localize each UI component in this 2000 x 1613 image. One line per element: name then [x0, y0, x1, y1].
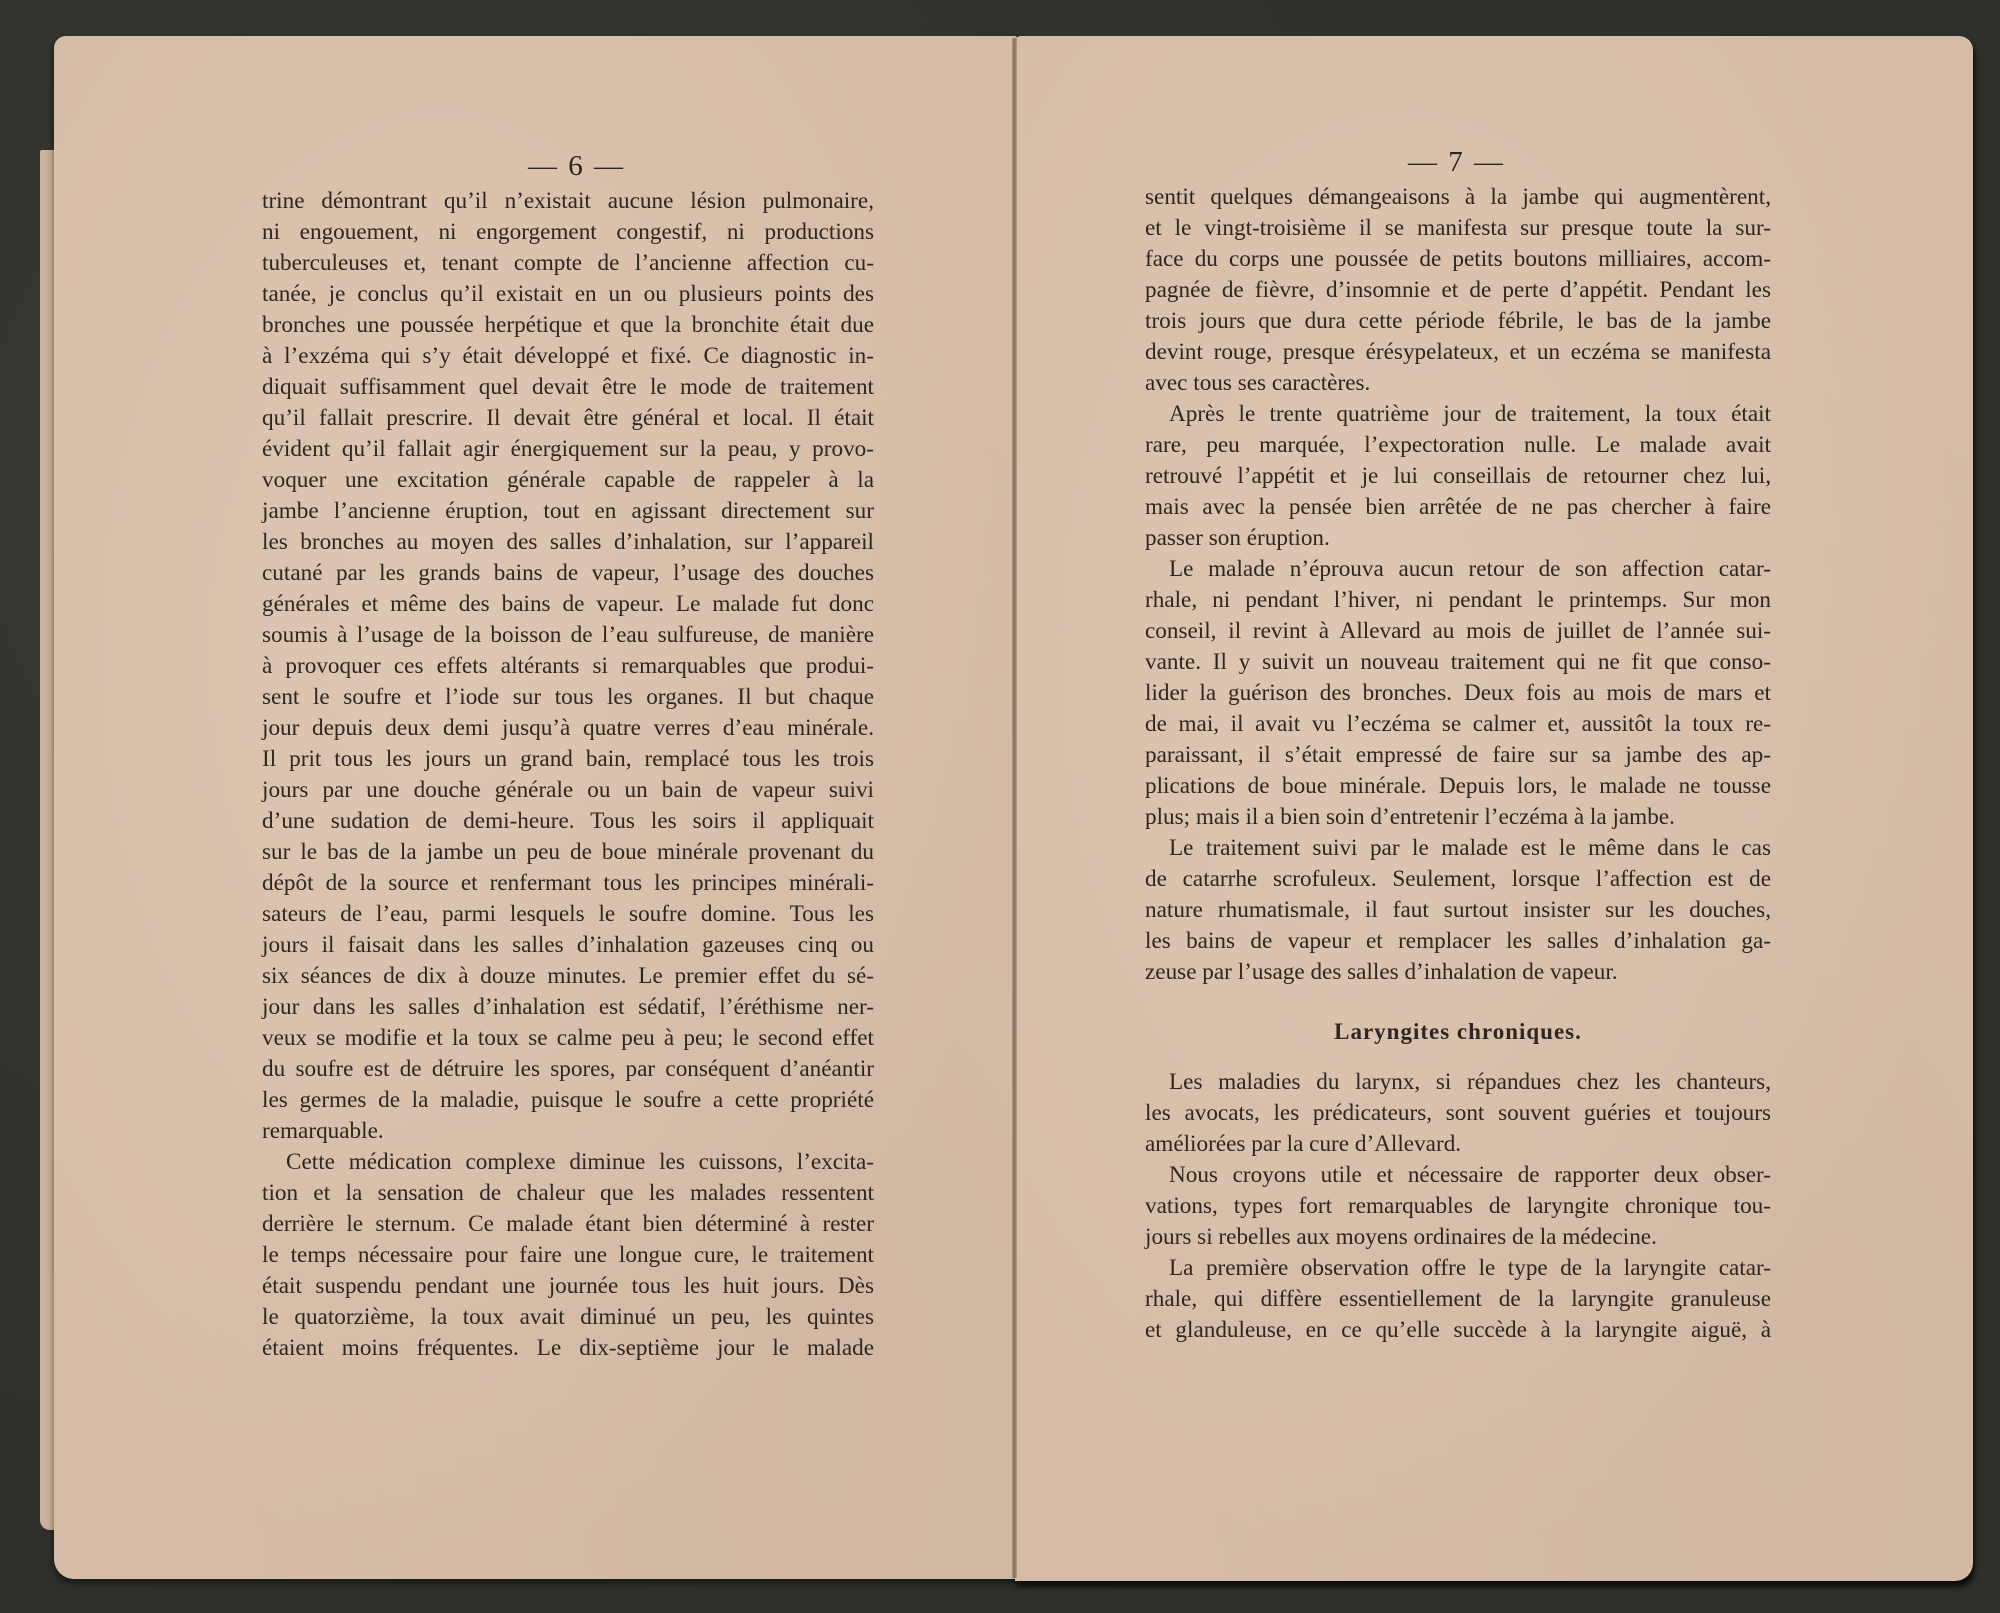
text-line: Le traitement suivi par le malade est le…: [1145, 833, 1771, 864]
text-line: cutané par les grands bains de vapeur, l…: [262, 558, 874, 589]
text-line: La première observation offre le type de…: [1145, 1253, 1771, 1284]
text-line: ni engouement, ni engorgement congestif,…: [262, 217, 874, 248]
text-line: rhale, qui diffère essentiellement de la…: [1145, 1284, 1771, 1315]
text-line: devint rouge, presque érésypelateux, et …: [1145, 337, 1771, 368]
text-line: paraissant, il s’était empressé de faire…: [1145, 740, 1771, 771]
page-number-left: — 6 —: [528, 150, 625, 183]
text-line: six séances de dix à douze minutes. Le p…: [262, 961, 874, 992]
text-line: face du corps une poussée de petits bout…: [1145, 244, 1771, 275]
text-line: du soufre est de détruire les spores, pa…: [262, 1054, 874, 1085]
text-line: Les maladies du larynx, si répandues che…: [1145, 1067, 1771, 1098]
text-line: vations, types fort remarquables de lary…: [1145, 1191, 1771, 1222]
text-line: le temps nécessaire pour faire une longu…: [262, 1240, 874, 1271]
text-line: de catarrhe scrofuleux. Seulement, lorsq…: [1145, 864, 1771, 895]
text-line: passer son éruption.: [1145, 523, 1771, 554]
text-line: plications de boue minérale. Depuis lors…: [1145, 771, 1771, 802]
text-line: tanée, je conclus qu’il existait en un o…: [262, 279, 874, 310]
text-line: lider la guérison des bronches. Deux foi…: [1145, 678, 1771, 709]
text-line: jambe l’ancienne éruption, tout en agiss…: [262, 496, 874, 527]
text-line: nature rhumatismale, il faut surtout ins…: [1145, 895, 1771, 926]
text-line: Après le trente quatrième jour de traite…: [1145, 399, 1771, 430]
text-line: retrouvé l’appétit et je lui conseillais…: [1145, 461, 1771, 492]
text-line: générales et même des bains de vapeur. L…: [262, 589, 874, 620]
text-line: étaient moins fréquentes. Le dix-septièm…: [262, 1333, 874, 1364]
text-line: jours si rebelles aux moyens ordinaires …: [1145, 1222, 1771, 1253]
text-line: à provoquer ces effets altérants si rema…: [262, 651, 874, 682]
text-line: à l’exzéma qui s’y était développé et fi…: [262, 341, 874, 372]
text-line: remarquable.: [262, 1116, 874, 1147]
text-line: d’une sudation de demi-heure. Tous les s…: [262, 806, 874, 837]
text-line: jours il faisait dans les salles d’inhal…: [262, 930, 874, 961]
text-line: soumis à l’usage de la boisson de l’eau …: [262, 620, 874, 651]
text-line: dépôt de la source et renfermant tous le…: [262, 868, 874, 899]
text-line: jour dans les salles d’inhalation est sé…: [262, 992, 874, 1023]
text-line: voquer une excitation générale capable d…: [262, 465, 874, 496]
text-line: diquait suffisamment quel devait être le…: [262, 372, 874, 403]
text-line: de mai, il avait vu l’eczéma se calmer e…: [1145, 709, 1771, 740]
text-line: améliorées par la cure d’Allevard.: [1145, 1129, 1771, 1160]
text-line: jour depuis deux demi jusqu’à quatre ver…: [262, 713, 874, 744]
text-line: et glanduleuse, en ce qu’elle succède à …: [1145, 1315, 1771, 1346]
text-line: bronches une poussée herpétique et que l…: [262, 310, 874, 341]
text-line: sent le soufre et l’iode sur tous les or…: [262, 682, 874, 713]
text-line: zeuse par l’usage des salles d’inhalatio…: [1145, 957, 1771, 988]
text-line: sateurs de l’eau, parmi lesquels le souf…: [262, 899, 874, 930]
text-line: Le malade n’éprouva aucun retour de son …: [1145, 554, 1771, 585]
text-line: plus; mais il a bien soin d’entretenir l…: [1145, 802, 1771, 833]
right-page-text: sentit quelques démangeaisons à la jambe…: [1145, 182, 1771, 1346]
text-line: trine démontrant qu’il n’existait aucune…: [262, 186, 874, 217]
text-line: derrière le sternum. Ce malade étant bie…: [262, 1209, 874, 1240]
text-line: sentit quelques démangeaisons à la jambe…: [1145, 182, 1771, 213]
text-line: les bains de vapeur et remplacer les sal…: [1145, 926, 1771, 957]
text-line: Cette médication complexe diminue les cu…: [262, 1147, 874, 1178]
text-line: pagnée de fièvre, d’insomnie et de perte…: [1145, 275, 1771, 306]
section-heading: Laryngites chroniques.: [1145, 1016, 1771, 1047]
left-page-text: trine démontrant qu’il n’existait aucune…: [262, 186, 874, 1364]
text-line: Nous croyons utile et nécessaire de rapp…: [1145, 1160, 1771, 1191]
text-line: conseil, il revint à Allevard au mois de…: [1145, 616, 1771, 647]
text-line: Il prit tous les jours un grand bain, re…: [262, 744, 874, 775]
book-spread: — 6 — — 7 — trine démontrant qu’il n’exi…: [0, 0, 2000, 1613]
text-line: évident qu’il fallait agir énergiquement…: [262, 434, 874, 465]
text-line: rare, peu marquée, l’expectoration nulle…: [1145, 430, 1771, 461]
book-gutter: [1012, 38, 1017, 1578]
text-line: tion et la sensation de chaleur que les …: [262, 1178, 874, 1209]
text-line: jours par une douche générale ou un bain…: [262, 775, 874, 806]
text-line: tuberculeuses et, tenant compte de l’anc…: [262, 248, 874, 279]
text-line: rhale, ni pendant l’hiver, ni pendant le…: [1145, 585, 1771, 616]
text-line: les bronches au moyen des salles d’inhal…: [262, 527, 874, 558]
text-line: trois jours que dura cette période fébri…: [1145, 306, 1771, 337]
text-line: avec tous ses caractères.: [1145, 368, 1771, 399]
text-line: était suspendu pendant une journée tous …: [262, 1271, 874, 1302]
text-line: sur le bas de la jambe un peu de boue mi…: [262, 837, 874, 868]
text-line: les germes de la maladie, puisque le sou…: [262, 1085, 874, 1116]
text-line: et le vingt-troisième il se manifesta su…: [1145, 213, 1771, 244]
text-line: qu’il fallait prescrire. Il devait être …: [262, 403, 874, 434]
text-line: le quatorzième, la toux avait diminué un…: [262, 1302, 874, 1333]
page-number-right: — 7 —: [1408, 146, 1505, 179]
text-line: les avocats, les prédicateurs, sont souv…: [1145, 1098, 1771, 1129]
text-line: vante. Il y suivit un nouveau traitement…: [1145, 647, 1771, 678]
text-line: veux se modifie et la toux se calme peu …: [262, 1023, 874, 1054]
text-line: mais avec la pensée bien arrêtée de ne p…: [1145, 492, 1771, 523]
